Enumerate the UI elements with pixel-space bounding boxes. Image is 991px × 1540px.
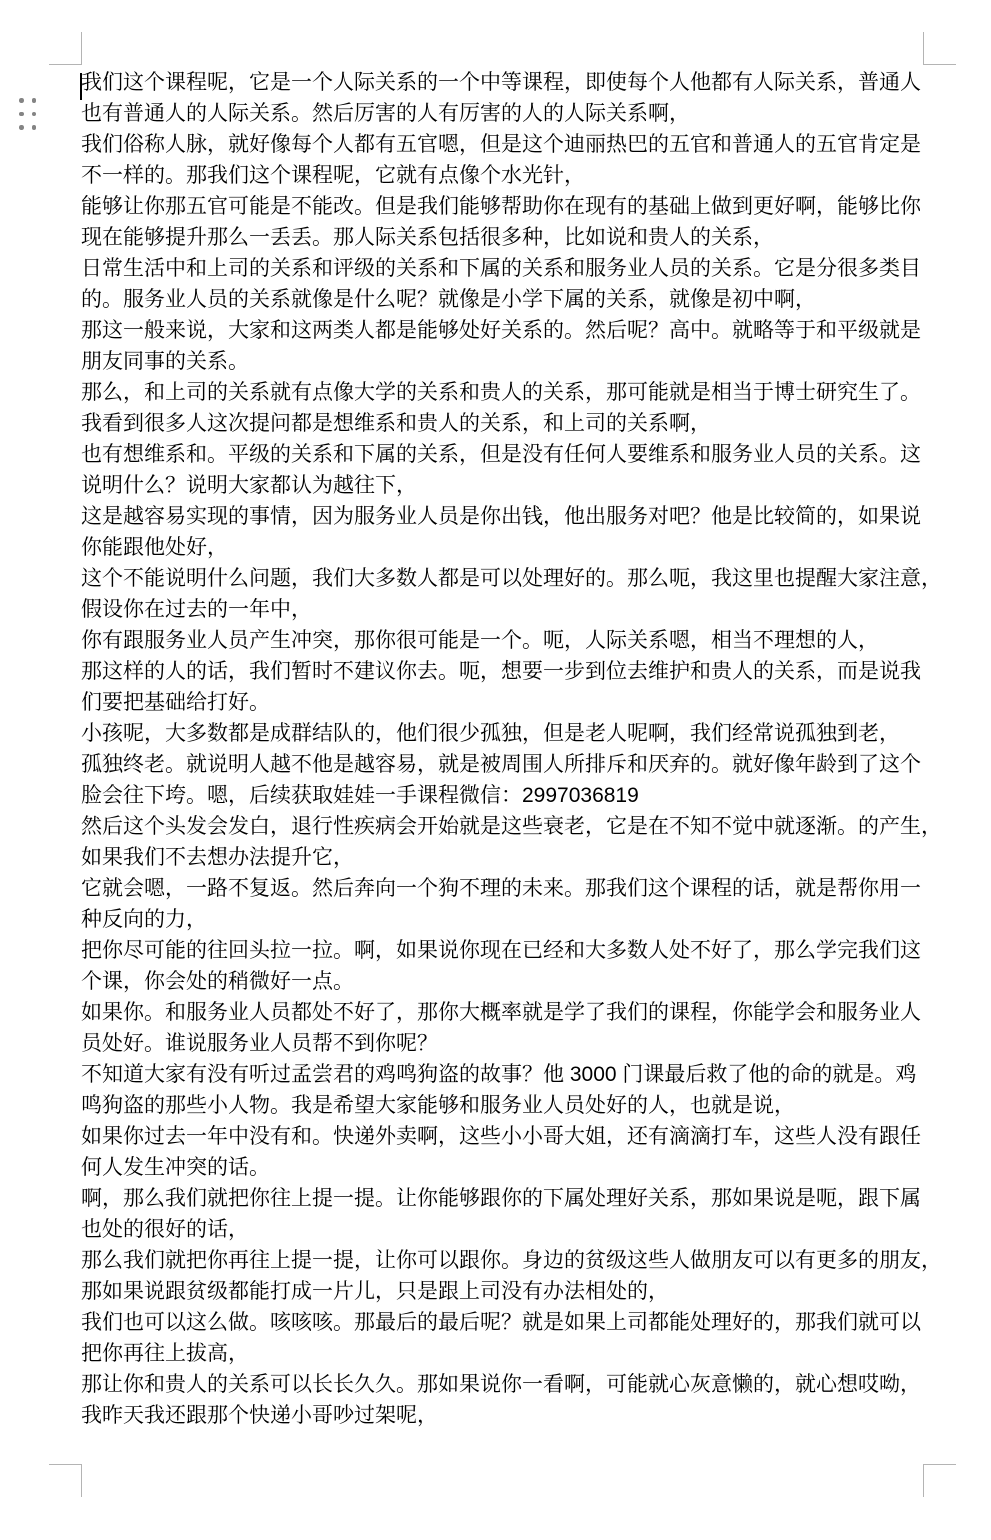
text-line[interactable]: 孤独终老。就说明人越不他是越容易，就是被周围人所排斥和厌弃的。就好像年龄到了这个 [81, 749, 941, 780]
text-line[interactable]: 假设你在过去的一年中， [81, 594, 941, 625]
text-line[interactable]: 那么我们就把你再往上提一提，让你可以跟你。身边的贫级这些人做朋友可以有更多的朋友… [81, 1245, 941, 1276]
drag-dot [32, 98, 37, 103]
text-line[interactable]: 不知道大家有没有听过孟尝君的鸡鸣狗盗的故事？他 3000 门课最后救了他的命的就… [81, 1059, 941, 1090]
document-canvas: { "page": { "colors": { "background": "#… [0, 0, 991, 1540]
text-line[interactable]: 如果我们不去想办法提升它， [81, 842, 941, 873]
text-boundary-mark-bottom-left [49, 1464, 82, 1497]
text-line[interactable]: 如果你。和服务业人员都处不好了，那你大概率就是学了我们的课程，你能学会和服务业人 [81, 997, 941, 1028]
text-line[interactable]: 说明什么？说明大家都认为越往下， [81, 470, 941, 501]
text-line[interactable]: 那么，和上司的关系就有点像大学的关系和贵人的关系，那可能就是相当于博士研究生了。 [81, 377, 941, 408]
text-line[interactable]: 小孩呢，大多数都是成群结队的，他们很少孤独，但是老人呢啊，我们经常说孤独到老， [81, 718, 941, 749]
text-line[interactable]: 啊，那么我们就把你往上提一提。让你能够跟你的下属处理好关系，那如果说是呃，跟下属 [81, 1183, 941, 1214]
text-line[interactable]: 鸣狗盗的那些小人物。我是希望大家能够和服务业人员处好的人，也就是说， [81, 1090, 941, 1121]
text-line[interactable]: 这是越容易实现的事情，因为服务业人员是你出钱，他出服务对吧？他是比较简的，如果说 [81, 501, 941, 532]
text-line[interactable]: 个课，你会处的稍微好一点。 [81, 966, 941, 997]
text-line[interactable]: 日常生活中和上司的关系和评级的关系和下属的关系和服务业人员的关系。它是分很多类目 [81, 253, 941, 284]
text-line[interactable]: 何人发生冲突的话。 [81, 1152, 941, 1183]
text-line[interactable]: 把你再往上拔高， [81, 1338, 941, 1369]
text-boundary-mark-top-right [923, 32, 956, 65]
text-line[interactable]: 我们这个课程呢，它是一个人际关系的一个中等课程，即使每个人他都有人际关系，普通人 [81, 67, 941, 98]
drag-dot [32, 125, 37, 130]
text-line[interactable]: 那让你和贵人的关系可以长长久久。那如果说你一看啊，可能就心灰意懒的，就心想哎呦， [81, 1369, 941, 1400]
text-boundary-mark-top-left [49, 32, 82, 65]
text-line[interactable]: 也有想维系和。平级的关系和下属的关系，但是没有任何人要维系和服务业人员的关系。这 [81, 439, 941, 470]
drag-dot [19, 112, 24, 117]
text-line[interactable]: 那这一般来说，大家和这两类人都是能够处好关系的。然后呢？高中。就略等于和平级就是 [81, 315, 941, 346]
text-line[interactable]: 们要把基础给打好。 [81, 687, 941, 718]
text-line[interactable]: 我们俗称人脉，就好像每个人都有五官嗯，但是这个迪丽热巴的五官和普通人的五官肯定是 [81, 129, 941, 160]
text-line[interactable]: 不一样的。那我们这个课程呢，它就有点像个水光针， [81, 160, 941, 191]
document-text[interactable]: 我们这个课程呢，它是一个人际关系的一个中等课程，即使每个人他都有人际关系，普通人… [81, 67, 941, 1431]
text-line[interactable]: 如果你过去一年中没有和。快递外卖啊，这些小小哥大姐，还有滴滴打车，这些人没有跟任 [81, 1121, 941, 1152]
text-line[interactable]: 它就会嗯，一路不复返。然后奔向一个狗不理的未来。那我们这个课程的话，就是帮你用一 [81, 873, 941, 904]
text-line[interactable]: 我看到很多人这次提问都是想维系和贵人的关系，和上司的关系啊， [81, 408, 941, 439]
text-line[interactable]: 然后这个头发会发白，退行性疾病会开始就是这些衰老，它是在不知不觉中就逐渐。的产生… [81, 811, 941, 842]
text-line[interactable]: 把你尽可能的往回头拉一拉。啊，如果说你现在已经和大多数人处不好了，那么学完我们这 [81, 935, 941, 966]
text-line[interactable]: 那这样的人的话，我们暂时不建议你去。呃，想要一步到位去维护和贵人的关系，而是说我 [81, 656, 941, 687]
text-line[interactable]: 这个不能说明什么问题，我们大多数人都是可以处理好的。那么呃，我这里也提醒大家注意… [81, 563, 941, 594]
text-line[interactable]: 也有普通人的人际关系。然后厉害的人有厉害的人的人际关系啊， [81, 98, 941, 129]
text-line[interactable]: 我昨天我还跟那个快递小哥吵过架呢， [81, 1400, 941, 1431]
text-line[interactable]: 的。服务业人员的关系就像是什么呢？就像是小学下属的关系，就像是初中啊， [81, 284, 941, 315]
text-line[interactable]: 你有跟服务业人员产生冲突，那你很可能是一个。呃，人际关系嗯，相当不理想的人， [81, 625, 941, 656]
text-line[interactable]: 种反向的力， [81, 904, 941, 935]
drag-dot [19, 98, 24, 103]
text-line[interactable]: 你能跟他处好， [81, 532, 941, 563]
text-line[interactable]: 能够让你那五官可能是不能改。但是我们能够帮助你在现有的基础上做到更好啊，能够比你 [81, 191, 941, 222]
text-boundary-mark-bottom-right [923, 1464, 956, 1497]
text-line[interactable]: 那如果说跟贫级都能打成一片儿，只是跟上司没有办法相处的， [81, 1276, 941, 1307]
text-line[interactable]: 朋友同事的关系。 [81, 346, 941, 377]
document-page[interactable]: 我们这个课程呢，它是一个人际关系的一个中等课程，即使每个人他都有人际关系，普通人… [0, 0, 991, 1540]
text-line[interactable]: 现在能够提升那么一丢丢。那人际关系包括很多种，比如说和贵人的关系， [81, 222, 941, 253]
block-drag-handle-icon[interactable] [19, 98, 36, 130]
text-line[interactable]: 我们也可以这么做。咳咳咳。那最后的最后呢？就是如果上司都能处理好的，那我们就可以 [81, 1307, 941, 1338]
drag-dot [19, 125, 24, 130]
text-line[interactable]: 也处的很好的话， [81, 1214, 941, 1245]
drag-dot [32, 112, 37, 117]
text-line[interactable]: 脸会往下垮。嗯，后续获取娃娃一手课程微信：2997036819 [81, 780, 941, 811]
text-line[interactable]: 员处好。谁说服务业人员帮不到你呢？ [81, 1028, 941, 1059]
